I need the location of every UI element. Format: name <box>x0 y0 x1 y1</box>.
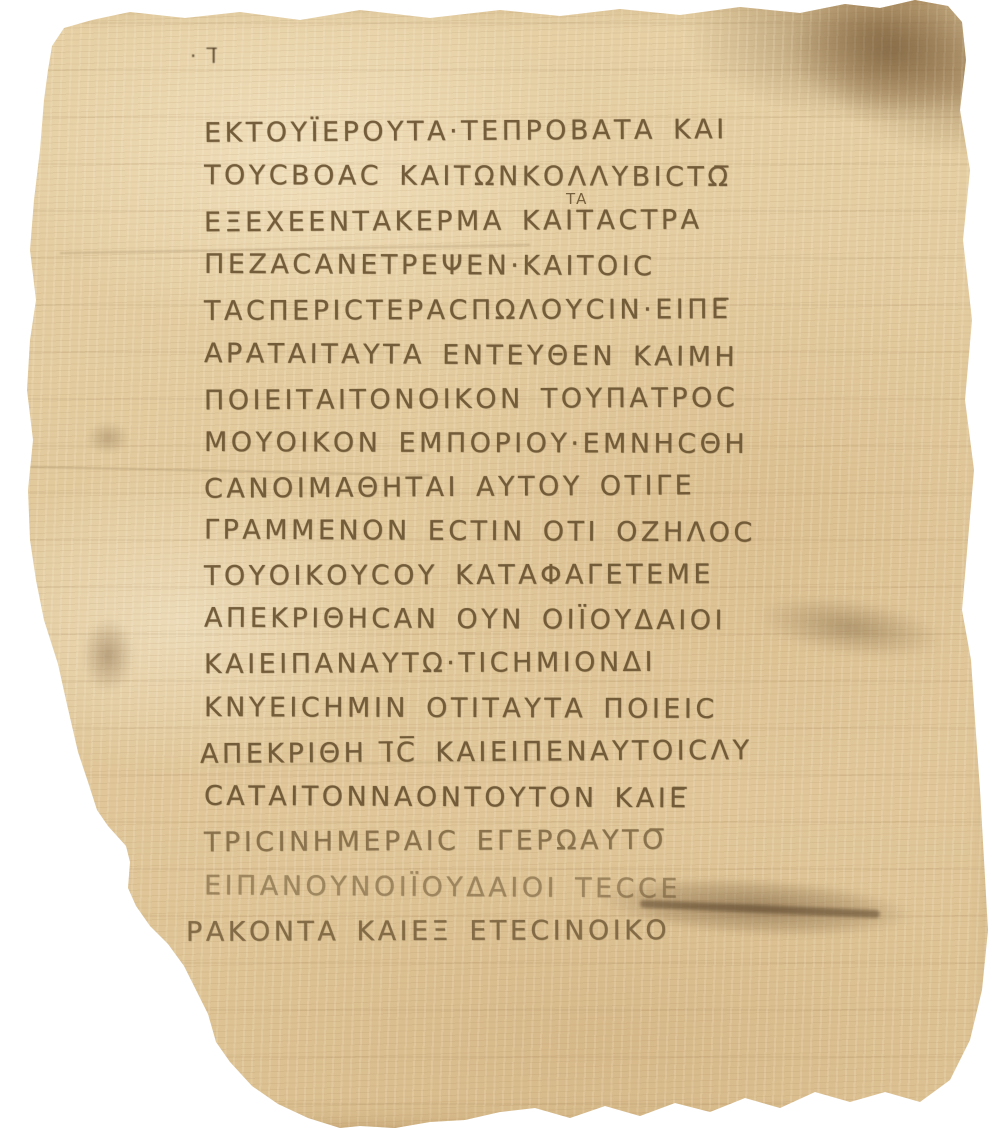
manuscript-line: ΕΞΕΧΕΕΝΤΑΚΕΡΜΑ ΚΑΙΤΑCΤΡΑ <box>204 207 703 237</box>
manuscript-line: ΑΡΑΤΑΙΤΑΥΤΑ ΕΝΤΕΥΘΕΝ ΚΑΙΜΗ <box>204 340 738 371</box>
photo-backdrop: · Ι̅ ΕΚΤΟΥΪΕΡΟΥΤΑ·ΤΕΠΡΟΒΑΤΑ ΚΑΙ ΤΟΥCΒΟΑC… <box>0 0 1000 1130</box>
manuscript-line: CΑΤΑΙΤΟΝΝΑΟΝΤΟΥΤΟΝ ΚΑΙΕ̅ <box>204 783 690 813</box>
manuscript-line: ΚΑΙΕΙΠΑΝΑΥΤΩ·ΤΙCΗΜΙΟΝΔΙ <box>204 649 656 678</box>
manuscript-line: ΡΑΚΟΝΤΑ ΚΑΙΕΞ ΕΤΕCΙΝΟΙΚΟ <box>186 917 670 946</box>
manuscript-line: CΑΝΟΙΜΑΘΗΤΑΙ ΑΥΤΟΥ ΟΤΙΓΕ <box>204 472 695 502</box>
manuscript-line: ΜΟΥΟΙΚΟΝ ΕΜΠΟΡΙΟΥ·ΕΜΝΗCΘΗ <box>204 429 748 458</box>
manuscript-line: ΚΝΥΕΙCΗΜΙΝ ΟΤΙΤΑΥΤΑ ΠΟΙΕΙC <box>204 694 718 723</box>
manuscript-line: ΑΠΕΚΡΙΘΗ Ι̅C̅ ΚΑΙΕΙΠΕΝΑΥΤΟΙCΛΥ <box>200 737 753 768</box>
papyrus-sheet: · Ι̅ ΕΚΤΟΥΪΕΡΟΥΤΑ·ΤΕΠΡΟΒΑΤΑ ΚΑΙ ΤΟΥCΒΟΑC… <box>0 0 1000 1130</box>
manuscript-line: ΕΚΤΟΥΪΕΡΟΥΤΑ·ΤΕΠΡΟΒΑΤΑ ΚΑΙ <box>204 116 728 147</box>
manuscript-line: ΤΑCΠΕΡΙCΤΕΡΑCΠΩΛΟΥCΙΝ·ΕΙΠΕ̅ <box>204 296 732 325</box>
interlinear-correction: ΤΑ <box>566 190 587 208</box>
manuscript-line: ΑΠΕΚΡΙΘΗCΑΝ ΟΥΝ ΟΙΪΟΥΔΑΙΟΙ <box>204 605 726 635</box>
manuscript-line: ΓΡΑΜΜΕΝΟΝ ΕCΤΙΝ ΟΤΙ ΟΖΗΛΟC <box>204 517 756 547</box>
manuscript-line: ΠΕΖΑCΑΝΕΤΡΕΨΕΝ·ΚΑΙΤΟΙC <box>204 251 656 280</box>
manuscript-line: ΤΟΥCΒΟΑC ΚΑΙΤΩΝΚΟΛΛΥΒΙCΤΩ̅ <box>204 162 732 191</box>
manuscript-line: ΤΡΙCΙΝΗΜΕΡΑΙC ΕΓΕΡΩΑΥΤΟ̅ <box>204 827 667 856</box>
manuscript-line: ΠΟΙΕΙΤΑΙΤΟΝΟΙΚΟΝ ΤΟΥΠΑΤΡΟC <box>204 385 738 415</box>
manuscript-line: ΕΙΠΑΝΟΥΝΟΙΪΟΥΔΑΙΟΙ ΤΕCCΕ <box>204 872 681 902</box>
page-number-mark: · Ι̅ <box>190 44 221 68</box>
manuscript-line: ΤΟΥΟΙΚΟΥCΟΥ ΚΑΤΑΦΑΓΕΤΕΜΕ <box>204 561 714 590</box>
